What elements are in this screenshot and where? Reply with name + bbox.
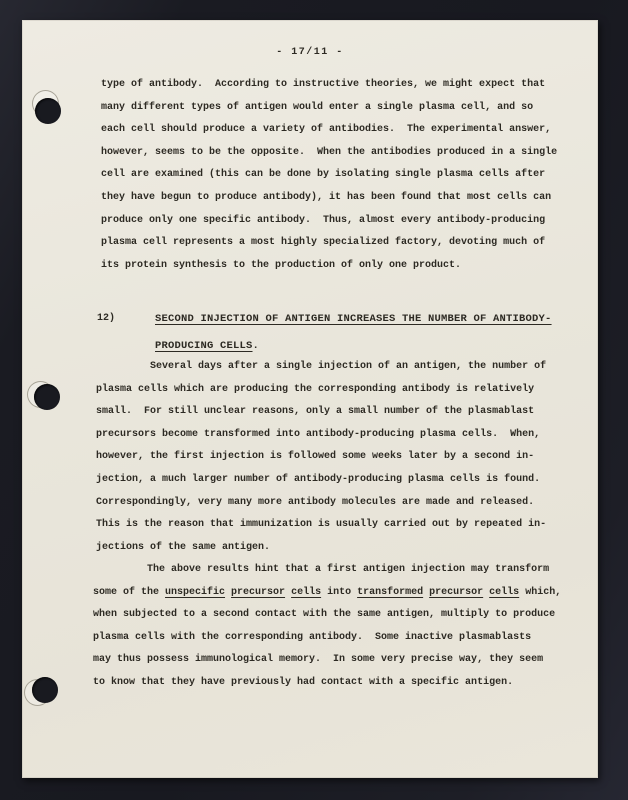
hole-punch-hole <box>34 384 60 410</box>
hole-punch-hole <box>35 98 61 124</box>
paragraph: The above results hint that a first anti… <box>93 559 561 695</box>
section-heading: SECOND INJECTION OF ANTIGEN INCREASES TH… <box>155 306 552 359</box>
scan-background: - 17/11 - type of antibody. According to… <box>0 0 628 800</box>
paragraph: type of antibody. According to instructi… <box>101 74 557 277</box>
section-number: 12) <box>97 306 115 332</box>
hole-punch-icon <box>35 98 61 124</box>
paragraph: Several days after a single injection of… <box>96 356 546 559</box>
hole-punch-icon <box>34 384 60 410</box>
hole-punch-hole <box>32 677 58 703</box>
hole-punch-icon <box>32 677 58 703</box>
document-page: - 17/11 - type of antibody. According to… <box>22 20 598 778</box>
page-number: - 17/11 - <box>22 42 598 65</box>
